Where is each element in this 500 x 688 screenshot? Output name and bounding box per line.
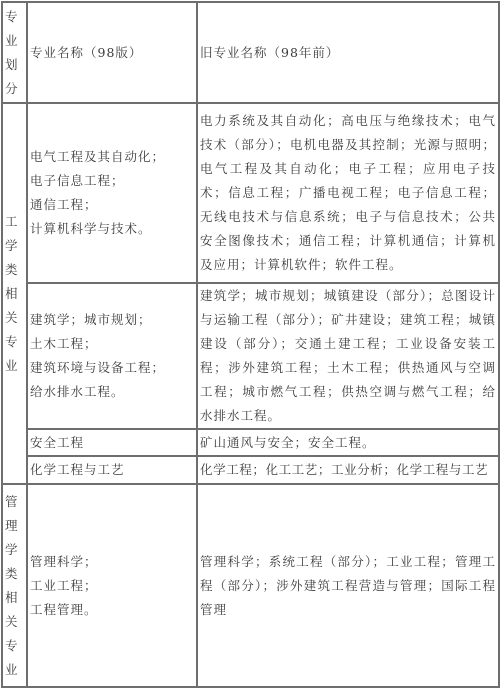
- category-char: 关: [5, 306, 24, 330]
- category-char: 分: [5, 77, 24, 101]
- category-char: 专: [5, 330, 24, 354]
- new-name-line: 电气工程及其自动化；: [30, 145, 194, 169]
- old-name-cell: 建筑学；城市规划；城镇建设（部分）；总图设计与运输工程（部分）；矿井建设；建筑工…: [197, 283, 499, 429]
- category-char: 学: [5, 538, 24, 562]
- category-char: 专: [5, 634, 24, 658]
- category-char: 学: [5, 234, 24, 258]
- new-name-cell: 电气工程及其自动化； 电子信息工程； 通信工程； 计算机科学与技术。: [27, 103, 197, 283]
- category-char: 划: [5, 53, 24, 77]
- new-name-line: 电子信息工程；: [30, 169, 194, 193]
- new-name-cell: 管理科学； 工业工程； 工程管理。: [27, 484, 197, 673]
- header-row: 专 业 划 分 专业名称（98版） 旧专业名称（98年前）: [2, 2, 499, 103]
- table-row: 化学工程与工艺 化学工程；化工工艺；工业分析；化学工程与工艺: [2, 456, 499, 484]
- category-char: 关: [5, 610, 24, 634]
- category-char: 专: [5, 5, 24, 29]
- new-name-line: 计算机科学与技术。: [30, 217, 194, 241]
- major-comparison-table: 专 业 划 分 专业名称（98版） 旧专业名称（98年前） 工 学 类 相 关 …: [1, 1, 500, 673]
- engineering-category-cell: 工 学 类 相 关 专 业: [2, 103, 27, 484]
- table-row: 工 学 类 相 关 专 业 电气工程及其自动化； 电子信息工程； 通信工程； 计…: [2, 103, 499, 283]
- category-char: 类: [5, 258, 24, 282]
- management-category-cell: 管 理 学 类 相 关 专 业: [2, 484, 27, 673]
- table-row: 管 理 学 类 相 关 专 业 管理科学； 工业工程； 工程管理。 管理科学；系…: [2, 484, 499, 673]
- new-name-cell: 建筑学；城市规划； 土木工程； 建筑环境与设备工程； 给水排水工程。: [27, 283, 197, 429]
- category-char: 业: [5, 29, 24, 53]
- new-name-line: 建筑学；城市规划；: [30, 308, 194, 332]
- new-name-line: 通信工程；: [30, 193, 194, 217]
- header-new-name: 专业名称（98版）: [27, 2, 197, 103]
- table-row: 建筑学；城市规划； 土木工程； 建筑环境与设备工程； 给水排水工程。 建筑学；城…: [2, 283, 499, 429]
- new-name-line: 建筑环境与设备工程；: [30, 356, 194, 380]
- category-char: 业: [5, 354, 24, 378]
- old-name-cell: 电力系统及其自动化；高电压与绝缘技术；电气技术（部分）；电机电器及其控制；光源与…: [197, 103, 499, 283]
- new-name-line: 给水排水工程。: [30, 380, 194, 404]
- category-char: 类: [5, 562, 24, 586]
- category-char: 工: [5, 210, 24, 234]
- category-char: 业: [5, 658, 24, 674]
- category-char: 相: [5, 282, 24, 306]
- new-name-line: 管理科学；: [30, 550, 194, 574]
- new-name-cell: 安全工程: [27, 429, 197, 456]
- new-name-cell: 化学工程与工艺: [27, 456, 197, 484]
- new-name-line: 工业工程；: [30, 574, 194, 598]
- table-row: 安全工程 矿山通风与安全；安全工程。: [2, 429, 499, 456]
- category-char: 理: [5, 514, 24, 538]
- old-name-cell: 管理科学；系统工程（部分）；工业工程；管理工程（部分）；涉外建筑工程营造与管理；…: [197, 484, 499, 673]
- old-name-cell: 化学工程；化工工艺；工业分析；化学工程与工艺: [197, 456, 499, 484]
- header-category-cell: 专 业 划 分: [2, 2, 27, 103]
- category-char: 管: [5, 490, 24, 514]
- new-name-line: 工程管理。: [30, 598, 194, 622]
- category-char: 相: [5, 586, 24, 610]
- old-name-cell: 矿山通风与安全；安全工程。: [197, 429, 499, 456]
- header-old-name: 旧专业名称（98年前）: [197, 2, 499, 103]
- new-name-line: 土木工程；: [30, 332, 194, 356]
